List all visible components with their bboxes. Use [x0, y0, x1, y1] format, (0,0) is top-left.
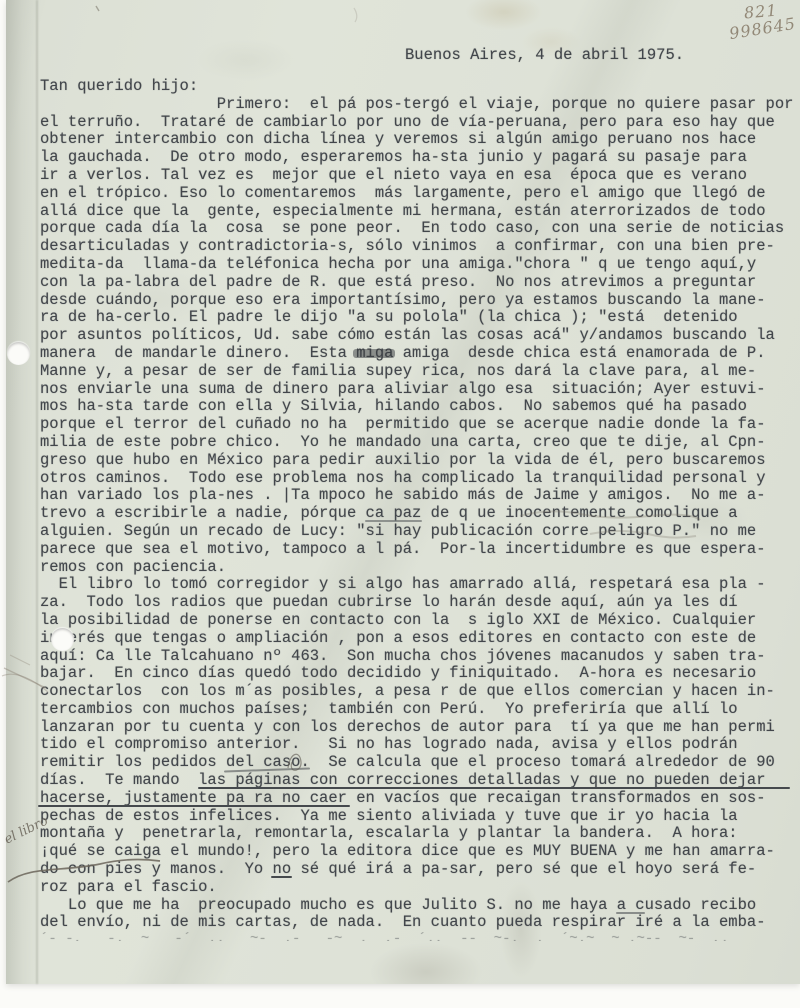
letter-line: desarticuladas y contradictoria-s, sólo …: [40, 238, 798, 256]
letter-line: lanzaran por tu cuenta y con los derecho…: [40, 719, 798, 737]
letter-line: parece que sea el motivo, tampoco a l pá…: [40, 541, 798, 559]
paper-crease: [36, 0, 38, 984]
letter-line: Primero: el pá pos-tergó el viaje, porqu…: [40, 96, 798, 114]
letter-line: do con pies y manos. Yo no sé qué irá a …: [40, 861, 798, 879]
underline-mark: [198, 787, 790, 789]
letter-line: roz para el fascio.: [40, 879, 798, 897]
letter-line: la gauchada. De otro modo, esperaremos h…: [40, 149, 798, 167]
letter-line: allá dice que la gente, especialmente mi…: [40, 203, 798, 221]
letter-line: han variado los pla-nes . |Ta mpoco he s…: [40, 487, 798, 505]
strikethrough-mark: [353, 349, 395, 358]
letter-line: manera de mandarle dinero. Esta miga ami…: [40, 345, 798, 363]
letter-line: conectarlos con los m´as posibles, a pes…: [40, 683, 798, 701]
scanned-letter-page: Buenos Aires, 4 de abril 1975. ´- -, -. …: [0, 0, 800, 1008]
underline-mark: [38, 805, 350, 807]
letter-line: porque el terror del cuñado no ha permit…: [40, 416, 798, 434]
letter-line: bajar. En cinco días quedó todo decidido…: [40, 665, 798, 683]
letter-line: ¡qué se caiga el mundo!, pero la editora…: [40, 843, 798, 861]
letter-line: Manne y, a pesar de ser de familia supey…: [40, 363, 798, 381]
letter-line: remitir los pedidos del caso. Se calcula…: [40, 754, 798, 772]
letter-line: medita-da llama-da teléfonica hecha por …: [40, 256, 798, 274]
letter-line: tido el compromiso anterior. Si no has l…: [40, 736, 798, 754]
letter-line: desde cuándo, porque eso era importantís…: [40, 292, 798, 310]
underline-mark: [271, 876, 292, 878]
letter-line: Tan querido hijo:: [40, 78, 798, 96]
letter-line: mos ha-sta tarde con ella y Silvia, hila…: [40, 398, 798, 416]
letter-line: el terruño. Trataré de cambiarlo por uno…: [40, 114, 798, 132]
letter-line: za. Todo los radios que puedan cubrirse …: [40, 594, 798, 612]
underline-mark: [616, 912, 645, 914]
faded-last-line: ´- -, -. ~ -´ .. ~- .- -~ . ,- ´., -- ~-…: [40, 932, 798, 941]
letter-line: pechas de estos infelices. Ya me siento …: [40, 808, 798, 826]
letter-line: greso que hubo en México para pedir auxi…: [40, 452, 798, 470]
letter-line: ra de ha-cerlo. El padre le dijo "a su p…: [40, 309, 798, 327]
letter-line: Lo que me ha preocupado mucho es que Jul…: [40, 897, 798, 915]
letter-line: El libro lo tomó corregidor y si algo ha…: [40, 576, 798, 594]
letter-line: porque cada día la cosa se pone peor. En…: [40, 220, 798, 238]
hole-punch: [51, 628, 74, 651]
letter-line: por asuntos políticos, Ud. sabe cómo est…: [40, 327, 798, 345]
letter-line: otros caminos. Todo ese problema nos ha …: [40, 470, 798, 488]
underline-mark: [365, 520, 422, 522]
letter-body: ´- -, -. ~ -´ .. ~- .- -~ . ,- ´., -- ~-…: [40, 78, 798, 932]
letter-line: la posibilidad de ponerse en contacto co…: [40, 612, 798, 630]
letter-line: tercambios con muchos países; también co…: [40, 701, 798, 719]
letter-line: alguien. Según un recado de Lucy: "si ha…: [40, 523, 798, 541]
letter-line: del envío, ni de mis cartas, de nada. En…: [40, 914, 798, 932]
letter-line: milia de este pobre chico. Yo he mandado…: [40, 434, 798, 452]
letter-line: montaña y penetrarla, remontarla, escala…: [40, 825, 798, 843]
letter-date: Buenos Aires, 4 de abril 1975.: [405, 46, 684, 64]
hole-punch: [7, 342, 30, 365]
letter-line: aquí: Ca lle Talcahuano nº 463. Son much…: [40, 648, 798, 666]
letter-line: en el trópico. Eso lo comentaremos más l…: [40, 185, 798, 203]
letter-line: con la pa-labra del padre de R. que está…: [40, 274, 798, 292]
letter-line: ir a verlos. Tal vez es mejor que el nie…: [40, 167, 798, 185]
letter-line: obtener intercambio con dicha línea y ve…: [40, 131, 798, 149]
letter-line: nos enviarle una suma de dinero para ali…: [40, 381, 798, 399]
letter-line: remos con paciencia.: [40, 559, 798, 577]
letter-line: interés que tengas o ampliación , pon a …: [40, 630, 798, 648]
